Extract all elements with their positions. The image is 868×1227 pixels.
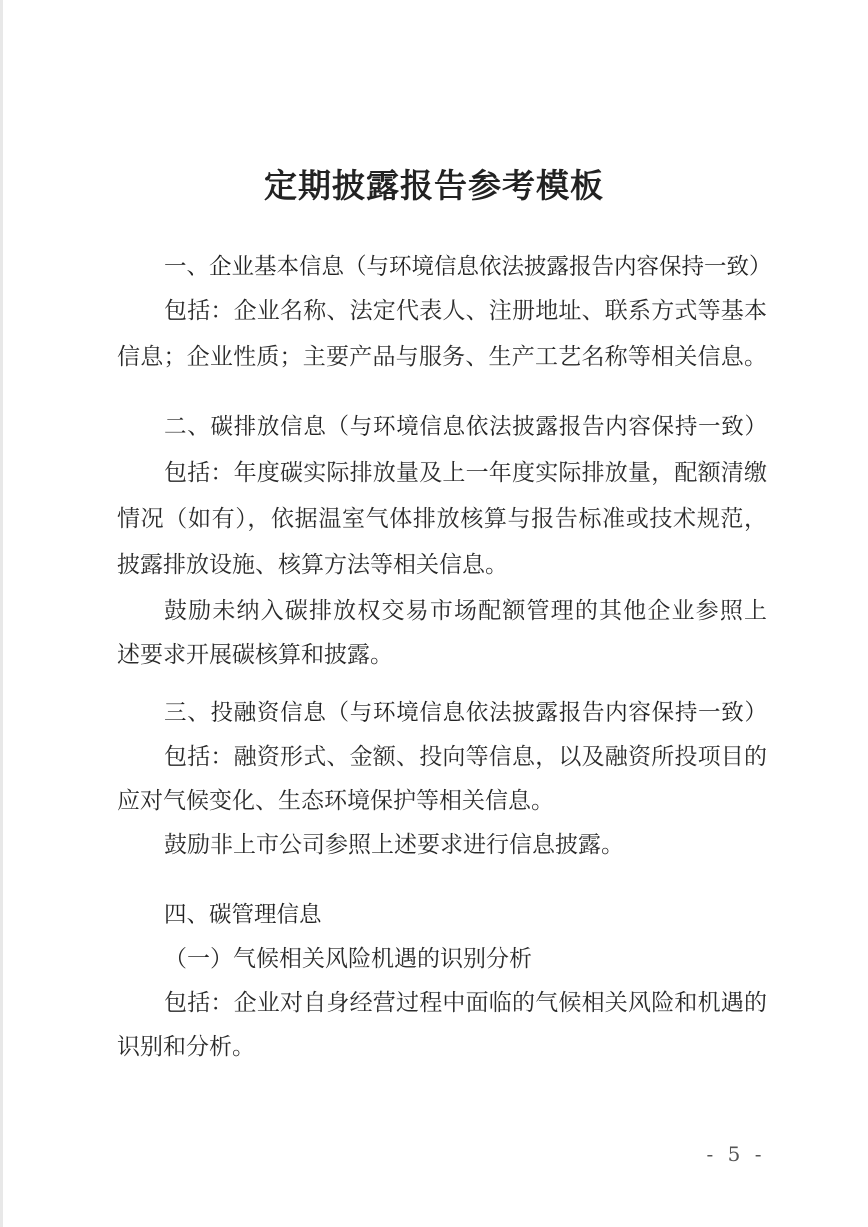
paragraph-line: 情况（如有），依据温室气体排放核算与报告标准或技术规范， — [117, 504, 767, 534]
page-number: - 5 - — [706, 1142, 766, 1166]
paragraph-line: 披露排放设施、核算方法等相关信息。 — [117, 550, 767, 580]
paragraph-line: 识别和分析。 — [117, 1032, 767, 1062]
section-heading-4: 四、碳管理信息 — [164, 900, 767, 930]
paragraph-line: 述要求开展碳核算和披露。 — [117, 640, 767, 670]
paragraph-line: 包括：融资形式、金额、投向等信息，以及融资所投项目的 — [164, 742, 767, 772]
paragraph-line: 应对气候变化、生态环境保护等相关信息。 — [117, 786, 767, 816]
paragraph-line: 包括：企业名称、法定代表人、注册地址、联系方式等基本 — [164, 296, 767, 326]
paragraph-line: 信息；企业性质；主要产品与服务、生产工艺名称等相关信息。 — [117, 342, 767, 372]
document-title: 定期披露报告参考模板 — [0, 160, 868, 207]
section-heading-1: 一、企业基本信息（与环境信息依法披露报告内容保持一致） — [164, 252, 767, 282]
section-heading-2: 二、碳排放信息（与环境信息依法披露报告内容保持一致） — [164, 412, 767, 442]
subsection-heading: （一）气候相关风险机遇的识别分析 — [164, 944, 767, 974]
paragraph-line: 鼓励非上市公司参照上述要求进行信息披露。 — [164, 830, 767, 860]
paragraph-line: 包括：年度碳实际排放量及上一年度实际排放量，配额清缴 — [164, 458, 767, 488]
section-heading-3: 三、投融资信息（与环境信息依法披露报告内容保持一致） — [164, 698, 767, 728]
paragraph-line: 包括：企业对自身经营过程中面临的气候相关风险和机遇的 — [164, 988, 767, 1018]
paragraph-line: 鼓励未纳入碳排放权交易市场配额管理的其他企业参照上 — [164, 596, 767, 626]
